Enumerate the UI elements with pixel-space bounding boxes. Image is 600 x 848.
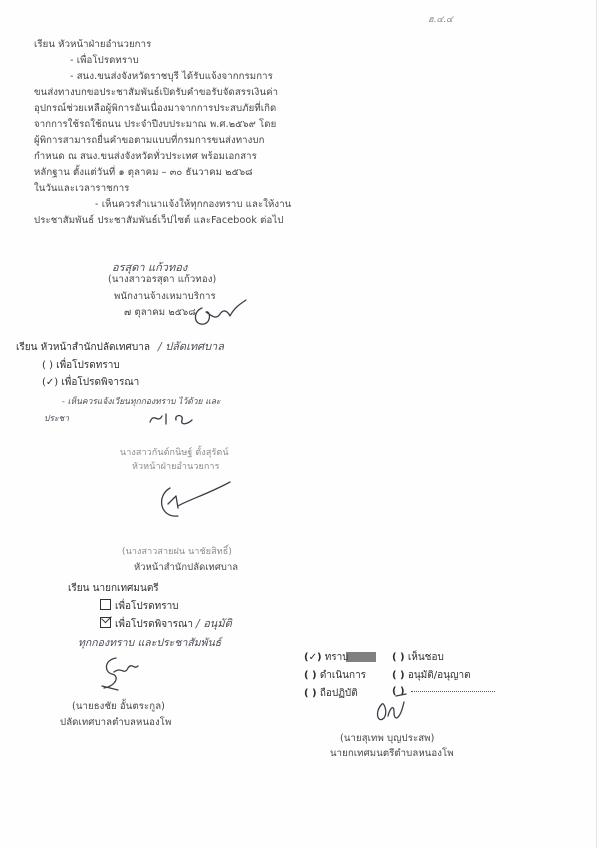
memo3-signer2-name: (นายธงชัย อั้นตระกูล): [72, 699, 165, 715]
top-handwritten-mark: ฮ.๔.๔: [428, 12, 453, 26]
mayor-check-comply[interactable]: ( ): [304, 688, 317, 699]
mayor-signature: [372, 694, 412, 728]
memo1-recommend-line: ประชาสัมพันธ์ ประชาสัมพันธ์เว็ปไซต์ และF…: [34, 213, 284, 229]
mayor-check-authorize[interactable]: ( ): [392, 670, 405, 681]
mayor-option-approve: ( ) เห็นชอบ: [392, 650, 444, 665]
option-label: เพื่อโปรดพิจารณา: [115, 619, 193, 630]
memo1-body-line: จากการใช้รถใช้ถนน ประจำปีงบประมาณ พ.ศ.๒๕…: [34, 117, 276, 133]
memo3-handwritten-addendum: / อนุมัติ: [196, 614, 232, 632]
memo3-signer-title: หัวหน้าสำนักปลัดเทศบาล: [134, 560, 238, 576]
memo2-handwritten-note: - เห็นควรแจ้งเวียนทุกกองทราบ ไว้ด้วย และ: [62, 394, 220, 408]
blank-line: [411, 691, 495, 692]
memo2-handwritten-addendum: / ปลัดเทศบาล: [158, 337, 224, 355]
memo2-handwritten-note: ประชา: [44, 411, 69, 425]
checkbox-consider[interactable]: [100, 617, 111, 628]
memo2-signature: [148, 410, 198, 430]
mayor-signer-title: นายกเทศมนตรีตำบลหนองโพ: [330, 746, 454, 762]
option-label: ดำเนินการ: [320, 670, 366, 681]
memo1-body-line: ขนส่งทางบกขอประชาสัมพันธ์เปิดรับคำขอรับจ…: [34, 85, 278, 101]
option-label: อนุมัติ/อนุญาต: [408, 670, 471, 681]
page-edge: [596, 0, 597, 848]
mayor-signer-name: (นายสุเทพ บุญประสพ): [340, 731, 434, 747]
memo3-signature: [98, 656, 148, 696]
memo3-signer-name: (นางสาวสายฝน นาชัยสิทธิ์): [122, 545, 232, 561]
mayor-check-approve[interactable]: ( ): [392, 652, 405, 663]
memo1-purpose: - เพื่อโปรดทราบ: [70, 53, 139, 69]
option-label: เพื่อโปรดทราบ: [115, 601, 179, 612]
mayor-option-authorize: ( ) อนุมัติ/อนุญาต: [392, 668, 471, 683]
option-label: เห็นชอบ: [408, 652, 444, 663]
memo1-recommend-line: - เห็นควรสำเนาแจ้งให้ทุกกองทราบ และให้งา…: [95, 197, 291, 213]
mayor-check-acknowledge[interactable]: (✓): [304, 652, 322, 663]
memo1-body-line: หลักฐาน ตั้งแต่วันที่ ๑ ตุลาคม – ๓๐ ธันว…: [34, 165, 253, 181]
mayor-option-proceed: ( ) ดำเนินการ: [304, 668, 366, 683]
option-label: ถือปฏิบัติ: [320, 688, 358, 699]
memo1-initial-signature: [190, 298, 250, 332]
memo1-body-line: อุปกรณ์ช่วยเหลือผู้พิการอันเนื่องมาจากกา…: [34, 101, 276, 117]
memo3-signature-loop: [158, 482, 234, 522]
memo1-body-line: - สนง.ขนส่งจังหวัดราชบุรี ได้รับแจ้งจากก…: [70, 69, 273, 85]
memo3-option-consider: เพื่อโปรดพิจารณา: [100, 617, 193, 632]
memo3-salutation: เรียน นายกเทศมนตรี: [68, 581, 159, 596]
memo3-option-acknowledge: เพื่อโปรดทราบ: [100, 599, 179, 614]
memo3-signer2-title: ปลัดเทศบาลตำบลหนองโพ: [60, 715, 171, 731]
memo2-option-acknowledge: ( ) เพื่อโปรดทราบ: [42, 358, 120, 373]
memo1-date: ๗ ตุลาคม ๒๕๖๘: [124, 305, 196, 321]
mayor-check-proceed[interactable]: ( ): [304, 670, 317, 681]
memo1-body-line: ผู้พิการสามารถยื่นคำขอตามแบบที่กรมการขนส…: [34, 133, 265, 149]
memo1-body-line: ในวันและเวลาราชการ: [34, 181, 129, 197]
memo1-salutation: เรียน หัวหน้าฝ่ายอำนวยการ: [34, 37, 151, 53]
memo1-body-line: กำหนด ณ สนง.ขนส่งจังหวัดทั่วประเทศ พร้อม…: [34, 149, 257, 165]
memo1-signer-name: (นางสาวอรสุดา แก้วทอง): [108, 272, 216, 288]
redacted-stamp: [346, 652, 376, 662]
mayor-option-comply: ( ) ถือปฏิบัติ: [304, 686, 358, 701]
memo2-salutation: เรียน หัวหน้าสำนักปลัดเทศบาล: [16, 340, 150, 355]
memo2-signer-title: หัวหน้าฝ่ายอำนวยการ: [132, 460, 220, 476]
memo2-option-consider: (✓) เพื่อโปรดพิจารณา: [42, 375, 139, 390]
memo3-handwritten-note: ทุกกองทราบ และประชาสัมพันธ์: [78, 634, 221, 651]
checkbox-acknowledge[interactable]: [100, 599, 111, 610]
mayor-option-acknowledge: (✓) ทราบ: [304, 650, 349, 665]
scanned-memo-page: ฮ.๔.๔ เรียน หัวหน้าฝ่ายอำนวยการ - เพื่อโ…: [0, 0, 600, 848]
